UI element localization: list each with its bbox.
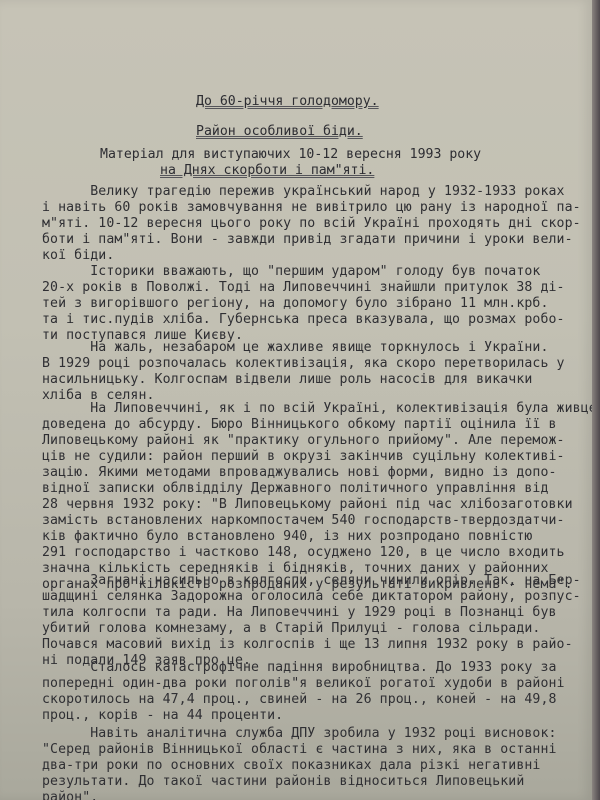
text-line: Навіть аналітична служба ДПУ зробила у 1…: [42, 726, 562, 742]
text-line: тила колгоспи та ради. На Липовеччині у …: [42, 605, 562, 621]
text-line: Історики вважають, що "першим ударом" го…: [42, 264, 562, 280]
text-line: Велику трагедію пережив український наро…: [42, 184, 562, 200]
text-line: район".: [42, 790, 562, 800]
text-line: ків фактично було встановлено 940, із ни…: [42, 529, 562, 545]
text-line: шадщині селянка Задорожна оголосила себе…: [42, 589, 562, 605]
text-line: доведена до абсурду. Бюро Вінницького об…: [42, 417, 562, 433]
document-occasion: на Днях скорботи і пам"яті.: [160, 163, 374, 178]
paragraph-historians: Історики вважають, що "першим ударом" го…: [42, 264, 562, 344]
text-line: На Липовеччині, як і по всій Україні, ко…: [42, 401, 562, 417]
text-line: і навіть 60 років замовчування не вивітр…: [42, 200, 562, 216]
text-line: В 1929 році розпочалась колективізація, …: [42, 356, 562, 372]
text-line: кої біди.: [42, 248, 562, 264]
text-line: На жаль, незабаром це жахливе явище торк…: [42, 340, 562, 356]
text-line: Сталось катастрофічне падіння виробництв…: [42, 660, 562, 676]
document-title: До 60-річчя голодомору.: [196, 94, 379, 109]
document-subtitle: Район особливої біди.: [196, 124, 363, 139]
text-line: проц., корів - на 44 проценти.: [42, 708, 562, 724]
text-line: 28 червня 1932 року: "В Липовецькому рай…: [42, 497, 562, 513]
text-line: тей з вигорівшого регіону, на допомогу б…: [42, 296, 562, 312]
text-line: замість встановлених наркомпостачем 540 …: [42, 513, 562, 529]
paragraph-tragedy: Велику трагедію пережив український наро…: [42, 184, 562, 264]
text-line: відної записки облвідділу Державного пол…: [42, 481, 562, 497]
paragraph-production-decline: Сталось катастрофічне падіння виробництв…: [42, 660, 562, 724]
text-line: попередні один-два роки поголів"я велико…: [42, 676, 562, 692]
text-line: два-три роки по основних своїх показника…: [42, 758, 562, 774]
text-line: результати. До такої частини районів від…: [42, 774, 562, 790]
text-line: 20-х років в Поволжі. Тоді на Липовеччин…: [42, 280, 562, 296]
text-line: боти і пам"яті. Вони - завжди привід зга…: [42, 232, 562, 248]
text-line: убитий голова комнезаму, а в Старій Прил…: [42, 621, 562, 637]
typewritten-page: До 60-річчя голодомору. Район особливої …: [0, 0, 592, 800]
text-line: зацію. Якими методами впроваджувались но…: [42, 465, 562, 481]
text-line: ців не судили: район перший в окрузі зак…: [42, 449, 562, 465]
text-line: та і тис.пудів хліба. Губернська преса в…: [42, 312, 562, 328]
paragraph-collectivization: На жаль, незабаром це жахливе явище торк…: [42, 340, 562, 404]
paragraph-gpu-conclusion: Навіть аналітична служба ДПУ зробила у 1…: [42, 726, 562, 800]
paragraph-lypovets-district: На Липовеччині, як і по всій Україні, ко…: [42, 401, 562, 593]
text-line: м"яті. 10-12 вересня цього року по всій …: [42, 216, 562, 232]
paragraph-resistance: Загнані насильно в колгоспи, селяни чини…: [42, 573, 562, 669]
text-line: 291 господарство і частково 148, осуджен…: [42, 545, 562, 561]
text-line: Липовецькому районі як "практику огульно…: [42, 433, 562, 449]
text-line: скоротилось на 47,4 проц., свиней - на 2…: [42, 692, 562, 708]
text-line: Почався масовий вихід із колгоспів і ще …: [42, 637, 562, 653]
text-line: Загнані насильно в колгоспи, селяни чини…: [42, 573, 562, 589]
document-note: Матеріал для виступаючих 10-12 вересня 1…: [100, 147, 481, 162]
text-line: "Серед районів Вінницької області є част…: [42, 742, 562, 758]
text-line: насильницьку. Колгоспам відвели лише рол…: [42, 372, 562, 388]
